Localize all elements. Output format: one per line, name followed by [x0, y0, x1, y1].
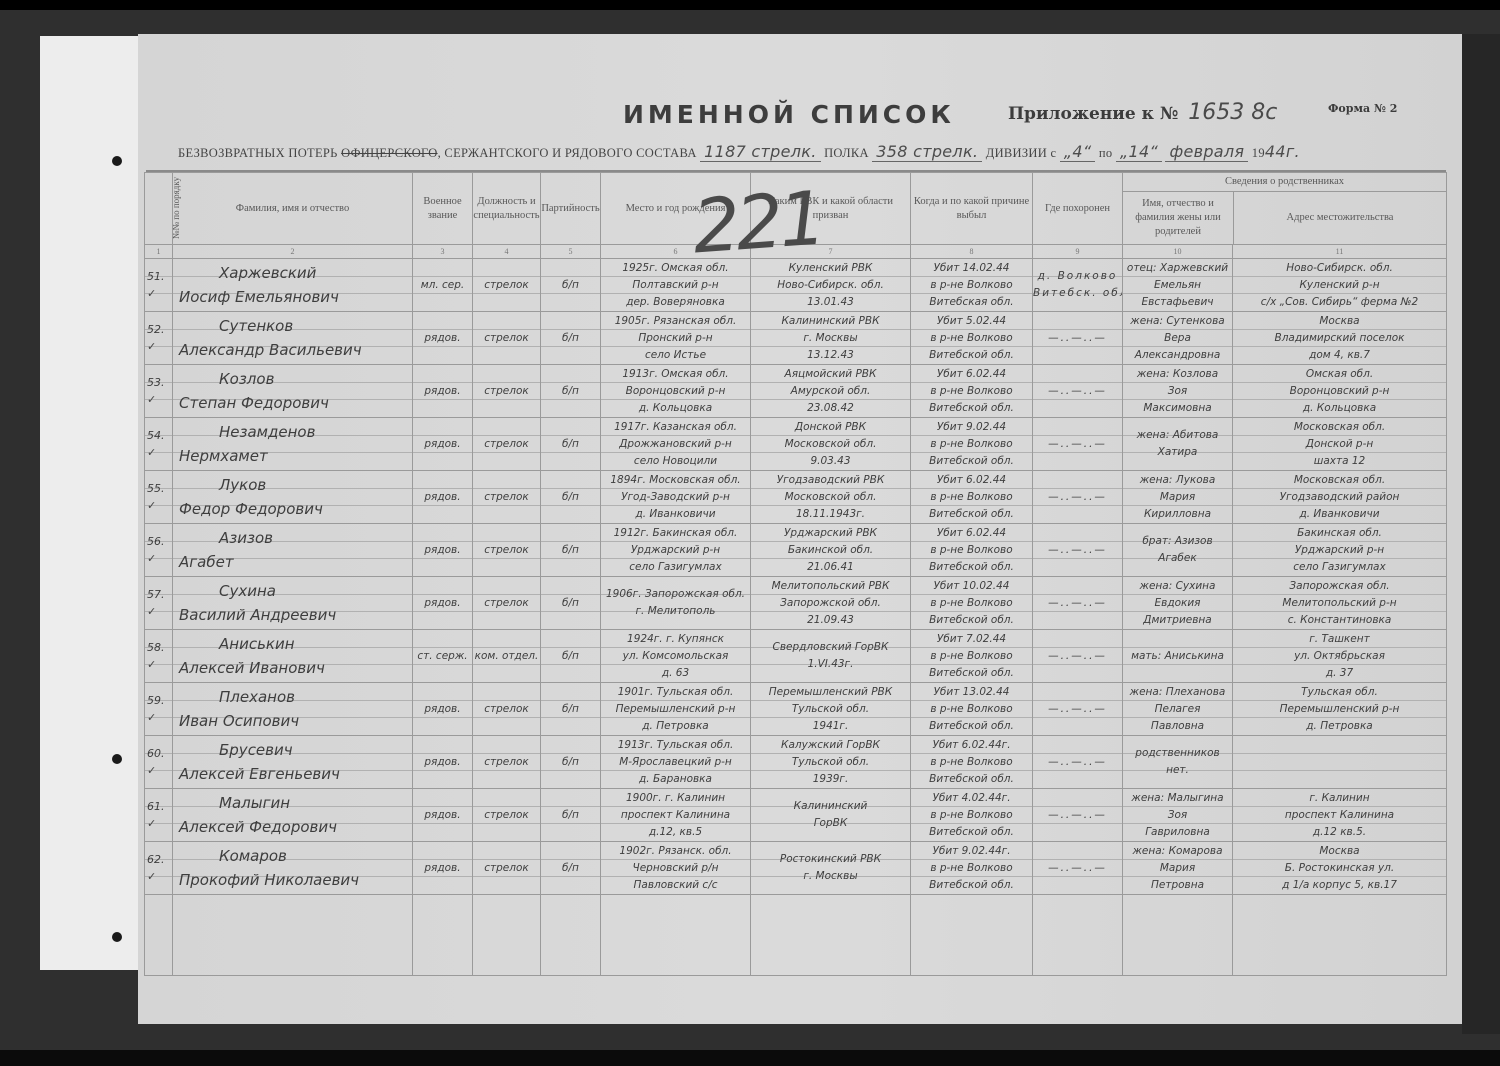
regiment-field: 1187 стрелк.	[700, 142, 821, 162]
relative-name: отец: ХаржевскийЕмельянЕвстафьевич	[1123, 259, 1233, 312]
conscription-office: Урджарский РВКБакинской обл.21.06.41	[751, 524, 911, 577]
birth-place-year: 1906г. Запорожская обл.г. Мелитополь	[601, 577, 751, 630]
soldier-name: ПлехановИван Осипович	[173, 683, 413, 736]
party-affiliation: б/п	[541, 365, 601, 418]
conscription-office: Калининский РВКг. Москвы13.12.43	[751, 312, 911, 365]
conscription-office: КалининскийГорВК	[751, 789, 911, 842]
relative-address: Московская обл.Донской р-ншахта 12	[1233, 418, 1447, 471]
empty-row	[145, 895, 1447, 976]
burial-place: —..—..—	[1033, 524, 1123, 577]
col-num: 8	[911, 245, 1033, 259]
military-rank: рядов.	[413, 842, 473, 895]
col-header-name: Фамилия, имя и отчество	[173, 173, 413, 245]
date-cause-of-loss: Убит 14.02.44в р-не ВолковоВитебская обл…	[911, 259, 1033, 312]
subtitle-struck-text: ОФИЦЕРСКОГО	[341, 146, 437, 160]
date-cause-of-loss: Убит 6.02.44г.в р-не ВолковоВитебской об…	[911, 736, 1033, 789]
col-header-rank: Военное звание	[413, 173, 473, 245]
year-prefix: 19	[1252, 146, 1265, 160]
table-row: 56.✓АзизовАгабетрядов.стрелокб/п1912г. Б…	[145, 524, 1447, 577]
relatives-group-header: Сведения о родственниках	[1123, 173, 1446, 192]
col-header-left: Когда и по какой причине выбыл	[911, 173, 1033, 245]
row-number: 62.✓	[145, 842, 173, 895]
year-suffix: 44г.	[1265, 142, 1300, 161]
col-header-number: №№ по порядку	[145, 173, 173, 245]
col-header-party: Партийность	[541, 173, 601, 245]
table-row: 53.✓КозловСтепан Федоровичрядов.стрелокб…	[145, 365, 1447, 418]
relative-address: МоскваБ. Ростокинская ул.д 1/а корпус 5,…	[1233, 842, 1447, 895]
birth-place-year: 1894г. Московская обл.Угод-Заводский р-н…	[601, 471, 751, 524]
relative-name: брат: АзизовАгабек	[1123, 524, 1233, 577]
conscription-office: Калужский ГорВКТульской обл.1939г.	[751, 736, 911, 789]
date-cause-of-loss: Убит 10.02.44в р-не ВолковоВитебской обл…	[911, 577, 1033, 630]
table-row: 57.✓СухинаВасилий Андреевичрядов.стрелок…	[145, 577, 1447, 630]
col-num: 1	[145, 245, 173, 259]
burial-place: —..—..—	[1033, 630, 1123, 683]
burial-place: —..—..—	[1033, 471, 1123, 524]
soldier-name: ХаржевскийИосиф Емельянович	[173, 259, 413, 312]
birth-place-year: 1917г. Казанская обл.Дрожжановский р-нсе…	[601, 418, 751, 471]
soldier-name: АзизовАгабет	[173, 524, 413, 577]
sheet-number: 221	[690, 176, 825, 271]
position: стрелок	[473, 524, 541, 577]
relative-address: МоскваВладимирский поселокдом 4, кв.7	[1233, 312, 1447, 365]
military-rank: рядов.	[413, 789, 473, 842]
party-affiliation: б/п	[541, 471, 601, 524]
col-header-address: Адрес местожительства	[1234, 192, 1446, 244]
party-affiliation: б/п	[541, 736, 601, 789]
soldier-name: МалыгинАлексей Федорович	[173, 789, 413, 842]
relative-address: г. Калининпроспект Калининад.12 кв.5.	[1233, 789, 1447, 842]
burial-place: —..—..—	[1033, 365, 1123, 418]
relative-address: Ново-Сибирск. обл.Куленский р-нс/х „Сов.…	[1233, 259, 1447, 312]
burial-place: —..—..—	[1033, 683, 1123, 736]
table-row: 60.✓БрусевичАлексей Евгеньевичрядов.стре…	[145, 736, 1447, 789]
relative-name: родственниковнет.	[1123, 736, 1233, 789]
row-number: 54.✓	[145, 418, 173, 471]
soldier-name: БрусевичАлексей Евгеньевич	[173, 736, 413, 789]
appendix-label: Приложение к №	[1008, 104, 1178, 124]
birth-place-year: 1924г. г. Купянскул. Комсомольскаяд. 63	[601, 630, 751, 683]
relative-name: жена: АбитоваХатира	[1123, 418, 1233, 471]
punch-hole	[112, 932, 122, 942]
col-num: 5	[541, 245, 601, 259]
row-number: 59.✓	[145, 683, 173, 736]
position: стрелок	[473, 312, 541, 365]
party-affiliation: б/п	[541, 259, 601, 312]
relative-address: Запорожская обл.Мелитопольский р-нс. Кон…	[1233, 577, 1447, 630]
appendix-number: 1653 8с	[1188, 100, 1277, 125]
losses-table: №№ по порядку Фамилия, имя и отчество Во…	[144, 172, 1447, 976]
position: стрелок	[473, 683, 541, 736]
row-number: 61.✓	[145, 789, 173, 842]
birth-place-year: 1912г. Бакинская обл.Урджарский р-нсело …	[601, 524, 751, 577]
conscription-office: Угодзаводский РВКМосковской обл.18.11.19…	[751, 471, 911, 524]
party-affiliation: б/п	[541, 524, 601, 577]
party-affiliation: б/п	[541, 789, 601, 842]
subtitle-text: по	[1099, 146, 1113, 160]
birth-place-year: 1913г. Тульская обл.М-Ярославецкий р-нд.…	[601, 736, 751, 789]
soldier-name: КозловСтепан Федорович	[173, 365, 413, 418]
punch-hole	[112, 156, 122, 166]
col-header-buried: Где похоронен	[1033, 173, 1123, 245]
position: стрелок	[473, 577, 541, 630]
military-rank: рядов.	[413, 736, 473, 789]
binding-margin	[40, 36, 138, 970]
burial-place: —..—..—	[1033, 789, 1123, 842]
military-rank: ст. серж.	[413, 630, 473, 683]
soldier-name: СутенковАлександр Васильевич	[173, 312, 413, 365]
conscription-office: Куленский РВКНово-Сибирск. обл.13.01.43	[751, 259, 911, 312]
document-subtitle: БЕЗВОЗВРАТНЫХ ПОТЕРЬ ОФИЦЕРСКОГО, СЕРЖАН…	[178, 142, 1468, 161]
scanner-bottom-edge	[0, 1050, 1500, 1066]
document-title: ИМЕННОЙ СПИСОК	[623, 100, 955, 129]
row-number: 60.✓	[145, 736, 173, 789]
form-number: Форма № 2	[1328, 102, 1397, 115]
burial-place: —..—..—	[1033, 842, 1123, 895]
table-row: 58.✓АниськинАлексей Ивановичст. серж.ком…	[145, 630, 1447, 683]
relative-address: Тульская обл.Перемышленский р-нд. Петров…	[1233, 683, 1447, 736]
date-to-field: „14“	[1116, 142, 1162, 162]
party-affiliation: б/п	[541, 630, 601, 683]
row-number: 58.✓	[145, 630, 173, 683]
military-rank: рядов.	[413, 471, 473, 524]
table-row: 61.✓МалыгинАлексей Федоровичрядов.стрело…	[145, 789, 1447, 842]
position: стрелок	[473, 471, 541, 524]
party-affiliation: б/п	[541, 577, 601, 630]
conscription-office: Донской РВКМосковской обл.9.03.43	[751, 418, 911, 471]
conscription-office: Ростокинский РВКг. Москвы	[751, 842, 911, 895]
col-header-relatives: Сведения о родственниках Имя, отчество и…	[1123, 173, 1447, 245]
military-rank: рядов.	[413, 683, 473, 736]
position: стрелок	[473, 736, 541, 789]
relative-name: жена: КозловаЗояМаксимовна	[1123, 365, 1233, 418]
subtitle-text: ДИВИЗИИ с	[986, 146, 1057, 160]
relative-name: жена: ПлехановаПелагеяПавловна	[1123, 683, 1233, 736]
punch-hole	[112, 754, 122, 764]
date-cause-of-loss: Убит 9.02.44г.в р-не ВолковоВитебской об…	[911, 842, 1033, 895]
birth-place-year: 1901г. Тульская обл.Перемышленский р-нд.…	[601, 683, 751, 736]
military-rank: рядов.	[413, 577, 473, 630]
position: стрелок	[473, 418, 541, 471]
military-rank: мл. сер.	[413, 259, 473, 312]
table-row: 54.✓НезамденовНермхаметрядов.стрелокб/п1…	[145, 418, 1447, 471]
col-num: 4	[473, 245, 541, 259]
date-cause-of-loss: Убит 6.02.44в р-не ВолковоВитебской обл.	[911, 471, 1033, 524]
military-rank: рядов.	[413, 365, 473, 418]
date-cause-of-loss: Убит 6.02.44в р-не ВолковоВитебской обл.	[911, 524, 1033, 577]
appendix-reference: Приложение к № 1653 8с	[1008, 100, 1277, 125]
burial-place: —..—..—	[1033, 736, 1123, 789]
date-cause-of-loss: Убит 9.02.44в р-не ВолковоВитебской обл.	[911, 418, 1033, 471]
relative-address: Омская обл.Воронцовский р-нд. Кольцовка	[1233, 365, 1447, 418]
subtitle-text: БЕЗВОЗВРАТНЫХ ПОТЕРЬ	[178, 146, 338, 160]
col-header-relative-name: Имя, отчество и фамилия жены или родител…	[1123, 192, 1234, 244]
row-number: 55.✓	[145, 471, 173, 524]
position: стрелок	[473, 842, 541, 895]
document-sheet: ИМЕННОЙ СПИСОК Приложение к № 1653 8с Фо…	[138, 34, 1462, 1024]
relative-name: мать: Аниськина	[1123, 630, 1233, 683]
row-number: 53.✓	[145, 365, 173, 418]
military-rank: рядов.	[413, 418, 473, 471]
relative-address	[1233, 736, 1447, 789]
row-number: 51.✓	[145, 259, 173, 312]
table-row: 51.✓ХаржевскийИосиф Емельяновичмл. сер.с…	[145, 259, 1447, 312]
conscription-office: Аяцмойский РВКАмурской обл.23.08.42	[751, 365, 911, 418]
subtitle-text: ПОЛКА	[824, 146, 869, 160]
division-field: 358 стрелк.	[872, 142, 982, 162]
position: стрелок	[473, 365, 541, 418]
birth-place-year: 1900г. г. Калининпроспект Калининад.12, …	[601, 789, 751, 842]
military-rank: рядов.	[413, 312, 473, 365]
birth-place-year: 1902г. Рязанск. обл.Черновский р/нПавлов…	[601, 842, 751, 895]
col-num: 11	[1233, 245, 1447, 259]
birth-place-year: 1905г. Рязанская обл.Пронский р-нсело Ис…	[601, 312, 751, 365]
soldier-name: КомаровПрокофий Николаевич	[173, 842, 413, 895]
relative-name: жена: СутенковаВераАлександровна	[1123, 312, 1233, 365]
conscription-office: Свердловский ГорВК1.VI.43г.	[751, 630, 911, 683]
party-affiliation: б/п	[541, 418, 601, 471]
party-affiliation: б/п	[541, 312, 601, 365]
party-affiliation: б/п	[541, 683, 601, 736]
date-cause-of-loss: Убит 4.02.44г.в р-не ВолковоВитебской об…	[911, 789, 1033, 842]
relative-address: Московская обл.Угодзаводский районд. Ива…	[1233, 471, 1447, 524]
relative-address: г. Ташкентул. Октябрьскаяд. 37	[1233, 630, 1447, 683]
row-number: 52.✓	[145, 312, 173, 365]
burial-place: д. ВолковоВитебск. обл.	[1033, 259, 1123, 312]
row-number: 56.✓	[145, 524, 173, 577]
table-row: 62.✓КомаровПрокофий Николаевичрядов.стре…	[145, 842, 1447, 895]
relative-name: жена: МалыгинаЗояГавриловна	[1123, 789, 1233, 842]
date-cause-of-loss: Убит 7.02.44в р-не ВолковоВитебской обл.	[911, 630, 1033, 683]
table-row: 59.✓ПлехановИван Осиповичрядов.стрелокб/…	[145, 683, 1447, 736]
soldier-name: ЛуковФедор Федорович	[173, 471, 413, 524]
date-cause-of-loss: Убит 6.02.44в р-не ВолковоВитебской обл.	[911, 365, 1033, 418]
military-rank: рядов.	[413, 524, 473, 577]
birth-place-year: 1913г. Омская обл.Воронцовский р-нд. Кол…	[601, 365, 751, 418]
table-row: 55.✓ЛуковФедор Федоровичрядов.стрелокб/п…	[145, 471, 1447, 524]
party-affiliation: б/п	[541, 842, 601, 895]
relative-name: жена: ЛуковаМарияКирилловна	[1123, 471, 1233, 524]
scanner-right-edge	[1462, 34, 1500, 1034]
burial-place: —..—..—	[1033, 418, 1123, 471]
position: стрелок	[473, 789, 541, 842]
date-cause-of-loss: Убит 13.02.44в р-не ВолковоВитебской обл…	[911, 683, 1033, 736]
table-row: 52.✓СутенковАлександр Васильевичрядов.ст…	[145, 312, 1447, 365]
relative-name: жена: КомароваМарияПетровна	[1123, 842, 1233, 895]
month-field: февраля	[1165, 142, 1248, 162]
col-num: 9	[1033, 245, 1123, 259]
col-num: 3	[413, 245, 473, 259]
burial-place: —..—..—	[1033, 312, 1123, 365]
relative-address: Бакинская обл.Урджарский р-нсело Газигум…	[1233, 524, 1447, 577]
position: стрелок	[473, 259, 541, 312]
burial-place: —..—..—	[1033, 577, 1123, 630]
conscription-office: Перемышленский РВКТульской обл.1941г.	[751, 683, 911, 736]
date-cause-of-loss: Убит 5.02.44в р-не ВолковоВитебской обл.	[911, 312, 1033, 365]
conscription-office: Мелитопольский РВКЗапорожской обл.21.09.…	[751, 577, 911, 630]
soldier-name: НезамденовНермхамет	[173, 418, 413, 471]
col-num: 2	[173, 245, 413, 259]
position: ком. отдел.	[473, 630, 541, 683]
date-from-field: „4“	[1060, 142, 1096, 162]
soldier-name: СухинаВасилий Андреевич	[173, 577, 413, 630]
col-num: 10	[1123, 245, 1233, 259]
soldier-name: АниськинАлексей Иванович	[173, 630, 413, 683]
row-number: 57.✓	[145, 577, 173, 630]
subtitle-text: , СЕРЖАНТСКОГО И РЯДОВОГО СОСТАВА	[438, 146, 697, 160]
relative-name: жена: СухинаЕвдокияДмитриевна	[1123, 577, 1233, 630]
col-header-position: Должность и специальность	[473, 173, 541, 245]
